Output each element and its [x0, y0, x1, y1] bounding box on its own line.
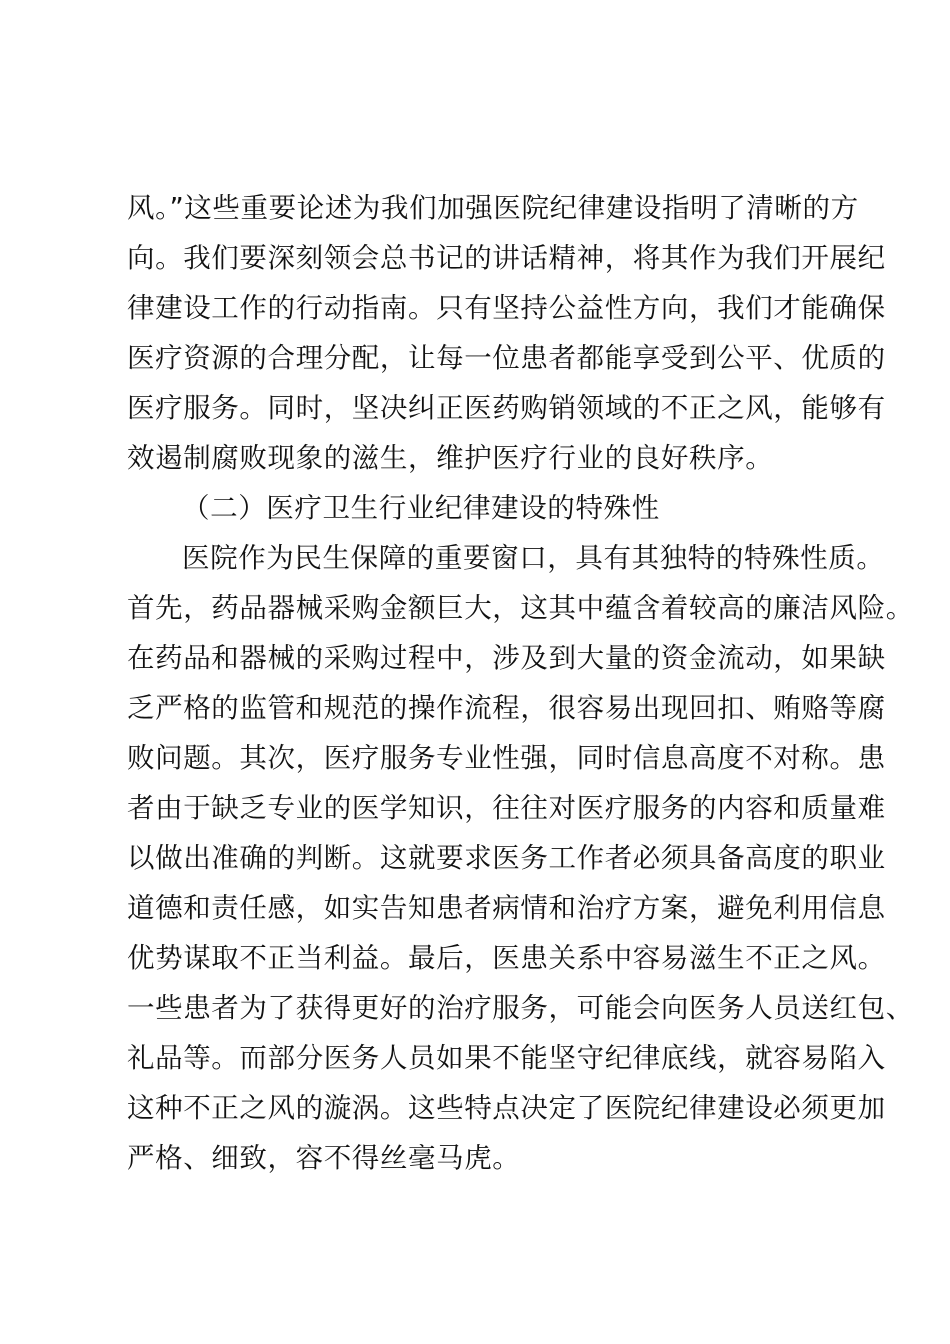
text-line: 道德和责任感，如实告知患者病情和治疗方案，避免利用信息	[127, 886, 847, 936]
text-line: 首先，药品器械采购金额巨大，这其中蕴含着较高的廉洁风险。	[127, 586, 847, 636]
text-line: 在药品和器械的采购过程中，涉及到大量的资金流动，如果缺	[127, 636, 847, 686]
document-page: 风。”这些重要论述为我们加强医院纪律建设指明了清晰的方 向。我们要深刻领会总书记…	[0, 0, 950, 1344]
text-line: 一些患者为了获得更好的治疗服务，可能会向医务人员送红包、	[127, 986, 847, 1036]
paragraph-first-line: 医院作为民生保障的重要窗口，具有其独特的特殊性质。	[127, 536, 847, 586]
text-line: 者由于缺乏专业的医学知识，往往对医疗服务的内容和质量难	[127, 786, 847, 836]
text-line: 风。”这些重要论述为我们加强医院纪律建设指明了清晰的方	[127, 186, 847, 236]
section-heading: （二）医疗卫生行业纪律建设的特殊性	[127, 486, 847, 536]
text-line: 效遏制腐败现象的滋生，维护医疗行业的良好秩序。	[127, 436, 847, 486]
text-line: 医疗资源的合理分配，让每一位患者都能享受到公平、优质的	[127, 336, 847, 386]
text-line: 向。我们要深刻领会总书记的讲话精神，将其作为我们开展纪	[127, 236, 847, 286]
text-line: 严格、细致，容不得丝毫马虎。	[127, 1136, 847, 1186]
document-body: 风。”这些重要论述为我们加强医院纪律建设指明了清晰的方 向。我们要深刻领会总书记…	[127, 186, 847, 1186]
text-line: 礼品等。而部分医务人员如果不能坚守纪律底线，就容易陷入	[127, 1036, 847, 1086]
text-line: 以做出准确的判断。这就要求医务工作者必须具备高度的职业	[127, 836, 847, 886]
text-line: 优势谋取不正当利益。最后，医患关系中容易滋生不正之风。	[127, 936, 847, 986]
text-line: 律建设工作的行动指南。只有坚持公益性方向，我们才能确保	[127, 286, 847, 336]
text-line: 败问题。其次，医疗服务专业性强，同时信息高度不对称。患	[127, 736, 847, 786]
text-line: 乏严格的监管和规范的操作流程，很容易出现回扣、贿赂等腐	[127, 686, 847, 736]
text-line: 这种不正之风的漩涡。这些特点决定了医院纪律建设必须更加	[127, 1086, 847, 1136]
text-line: 医疗服务。同时，坚决纠正医药购销领域的不正之风，能够有	[127, 386, 847, 436]
